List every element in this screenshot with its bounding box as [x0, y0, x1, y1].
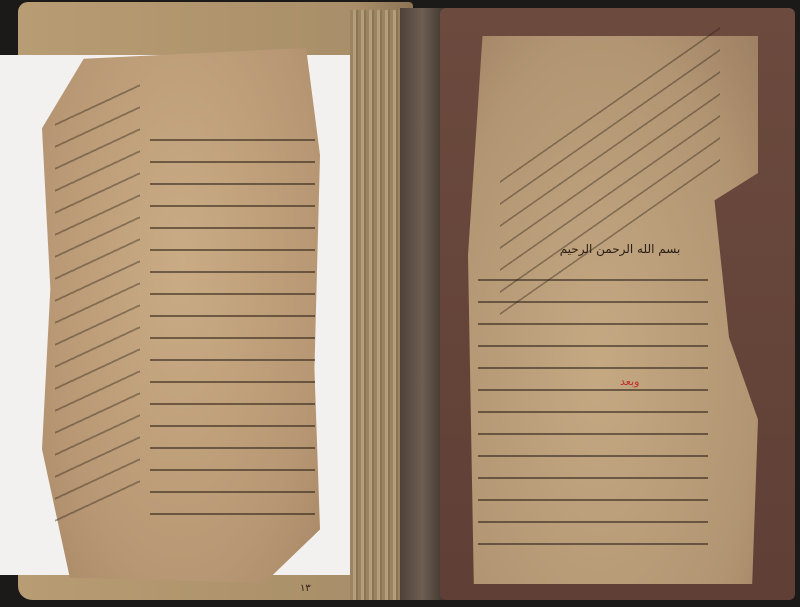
left-marginal-notes: [55, 70, 140, 530]
right-page-text-block: [478, 265, 708, 555]
page-edges: [350, 10, 405, 600]
red-rubric: وبعد: [620, 375, 639, 388]
basmala-heading: بسم الله الرحمن الرحيم: [540, 242, 700, 256]
book-spine: [400, 8, 445, 600]
left-page-text-block: [150, 125, 315, 525]
folio-number: ١٣: [300, 583, 311, 594]
